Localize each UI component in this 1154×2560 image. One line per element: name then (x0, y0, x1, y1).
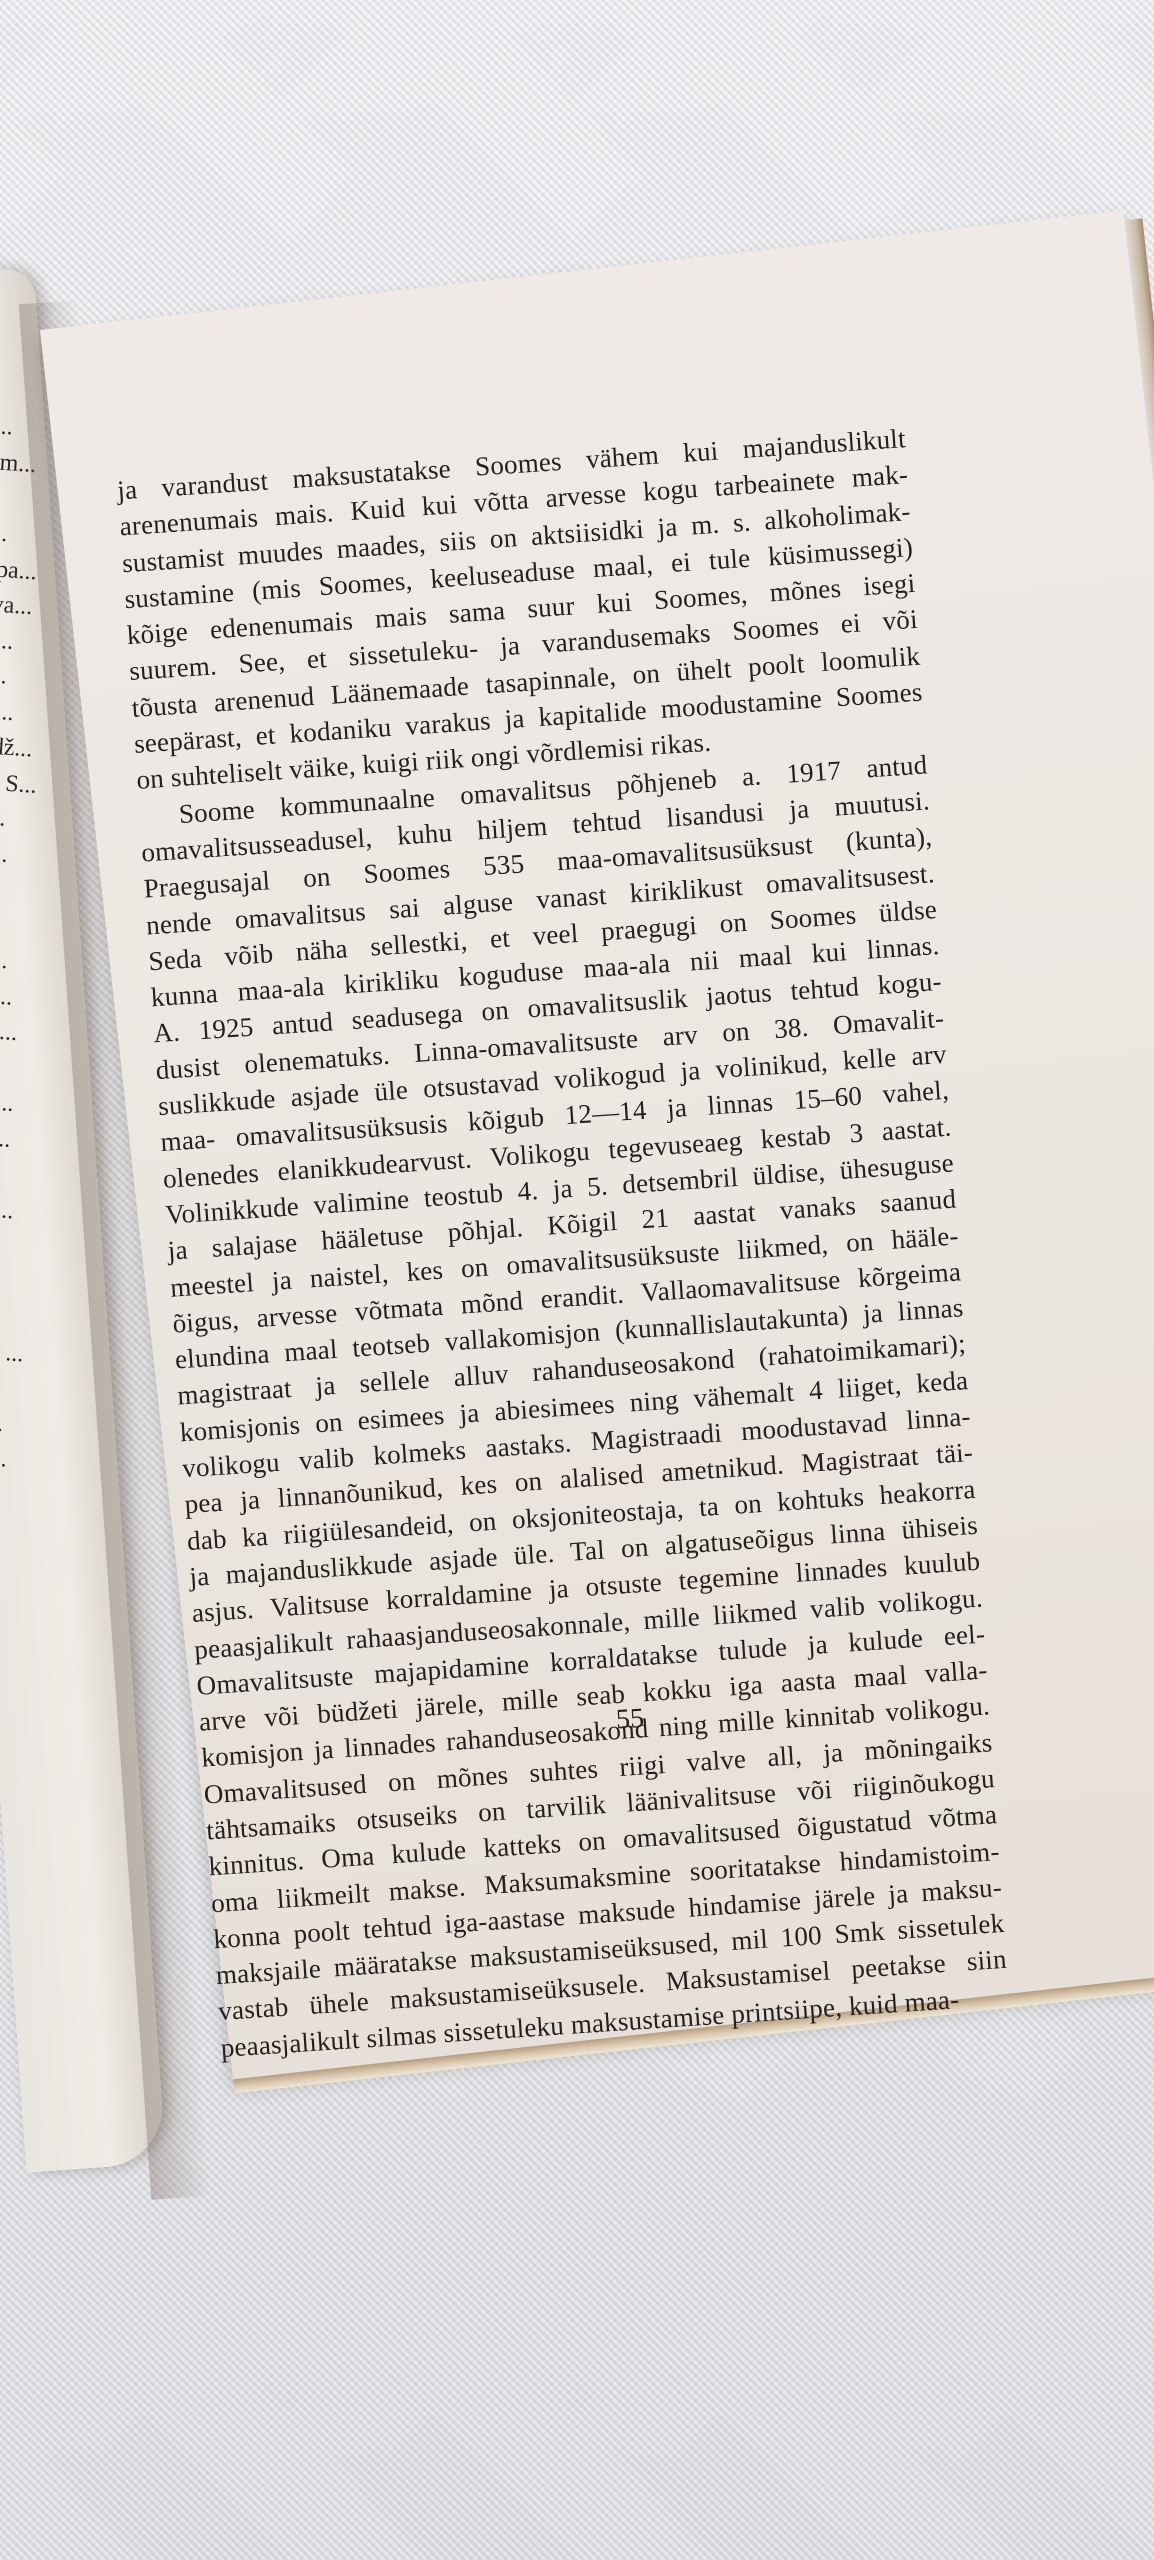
page-edge-right (1125, 218, 1154, 1959)
body-text: ja varandust maksustatakse Soomes vähem … (116, 420, 1010, 2066)
page-number: 55 (615, 1703, 645, 1737)
right-page: ja varandust maksustatakse Soomes vähem … (40, 210, 1154, 2079)
